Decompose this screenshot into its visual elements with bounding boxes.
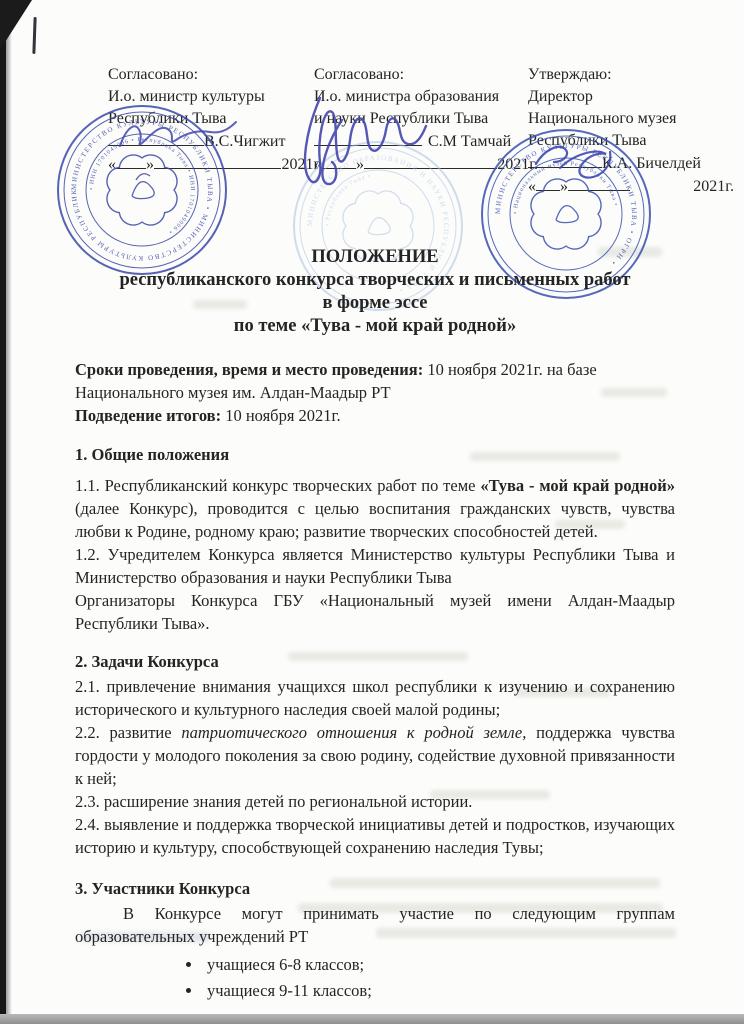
paragraph-1-2: 1.2. Учредителем Конкурса является Минис…: [75, 543, 675, 589]
scan-corner-top-left: [0, 0, 32, 50]
approval-column-culture: Согласовано: И.о. министр культуры Респу…: [108, 64, 320, 176]
paragraph-italic-text: патриотического отношения к родной земле…: [181, 723, 526, 742]
document-title: ПОЛОЖЕНИЕ республиканского конкурса твор…: [75, 246, 675, 338]
pen-stroke-mark: [32, 17, 36, 54]
document-body: ПОЛОЖЕНИЕ республиканского конкурса твор…: [75, 246, 675, 1004]
paragraph-2-4: 2.4. выявление и поддержка творческой ин…: [75, 813, 675, 859]
signer-name: В.С.Чигжит: [204, 131, 285, 153]
approval-column-museum: Утверждаю: Директор Национального музея …: [528, 64, 734, 198]
date-line: « » 2021г: [108, 153, 320, 176]
quote-open: «: [108, 154, 116, 176]
approval-line: и науки Республики Тыва: [314, 108, 538, 130]
event-dates-paragraph: Сроки проведения, время и место проведен…: [75, 358, 675, 427]
approval-line: Национального музея: [528, 108, 734, 130]
date-underline: [322, 153, 356, 169]
scan-edge-left-shadow: [6, 0, 12, 1024]
quote-close: »: [146, 154, 154, 176]
approval-line: Республики Тыва: [108, 108, 320, 130]
scan-edge-bottom: [0, 1014, 744, 1024]
date-underline: [568, 175, 630, 191]
results-value: 10 ноября 2021г.: [221, 406, 341, 425]
stamp-inner-text: • Республика Тыва •: [325, 173, 372, 226]
approval-status: Согласовано:: [314, 64, 538, 86]
results-label: Подведение итогов:: [75, 406, 221, 425]
section-3-heading: 3. Участники Конкурса: [75, 877, 675, 900]
paragraph-2-3: 2.3. расширение знания детей по регионал…: [75, 790, 675, 813]
paragraph-text: (далее Конкурс), проводится с целью восп…: [75, 499, 675, 541]
signer-name: С.М Тамчай: [428, 131, 511, 153]
svg-text:• Республика Тыва •: • Республика Тыва •: [325, 173, 372, 226]
dates-label: Сроки проведения, время и место проведен…: [75, 360, 423, 379]
date-underline: [364, 153, 497, 169]
list-item: учащиеся 6-8 классов;: [203, 952, 675, 978]
title-line-1: ПОЛОЖЕНИЕ: [75, 246, 675, 269]
quote-open: «: [528, 176, 536, 198]
signature-line: С.М Тамчай: [314, 130, 538, 153]
paragraph-3-intro: В Конкурсе могут принимать участие по сл…: [75, 902, 675, 948]
title-line-2: республиканского конкурса творческих и п…: [75, 269, 675, 292]
participant-groups-list: учащиеся 6-8 классов; учащиеся 9-11 клас…: [75, 952, 675, 1004]
approval-status: Утверждаю:: [528, 64, 734, 86]
contest-theme-bold: «Тува - мой край родной»: [480, 476, 675, 495]
list-item: учащиеся 9-11 классов;: [203, 978, 675, 1004]
date-line: « » 2021г.: [314, 153, 538, 176]
title-line-3: в форме эссе: [75, 292, 675, 315]
approval-line: Директор: [528, 86, 734, 108]
date-underline: [116, 153, 146, 169]
section-1-heading: 1. Общие положения: [75, 443, 675, 466]
quote-close: »: [356, 154, 364, 176]
quote-open: «: [314, 154, 322, 176]
year-label: 2021г.: [693, 176, 734, 198]
date-underline: [154, 153, 281, 169]
quote-close: »: [560, 176, 568, 198]
approval-status: Согласовано:: [108, 64, 320, 86]
paragraph-text: 2.2. развитие: [75, 723, 181, 742]
date-line: « » 2021г.: [528, 175, 734, 198]
signature-underline: [314, 130, 422, 146]
signature-line: В.С.Чигжит: [108, 130, 320, 153]
date-underline: [536, 175, 560, 191]
paragraph-text: 1.1. Республиканский конкурс творческих …: [75, 476, 480, 495]
approval-line: И.о. министр культуры: [108, 86, 320, 108]
approval-line: И.о. министра образования: [314, 86, 538, 108]
signature-underline: [528, 152, 602, 168]
title-line-4: по теме «Тува - мой край родной»: [75, 315, 675, 338]
signature-underline: [108, 130, 204, 146]
document-page: Согласовано: И.о. министр культуры Респу…: [0, 0, 744, 1024]
paragraph-2-1: 2.1. привлечение внимания учащихся школ …: [75, 675, 675, 721]
signature-line: К.А. Бичелдей: [528, 152, 734, 175]
paragraph-1-1: 1.1. Республиканский конкурс творческих …: [75, 474, 675, 543]
paragraph-organizers: Организаторы Конкурса ГБУ «Национальный …: [75, 589, 675, 635]
approval-column-education: Согласовано: И.о. министра образования и…: [314, 64, 538, 176]
signer-name: К.А. Бичелдей: [602, 153, 701, 175]
section-2-heading: 2. Задачи Конкурса: [75, 650, 675, 673]
paragraph-2-2: 2.2. развитие патриотического отношения …: [75, 721, 675, 790]
approval-line: Республики Тыва: [528, 130, 734, 152]
